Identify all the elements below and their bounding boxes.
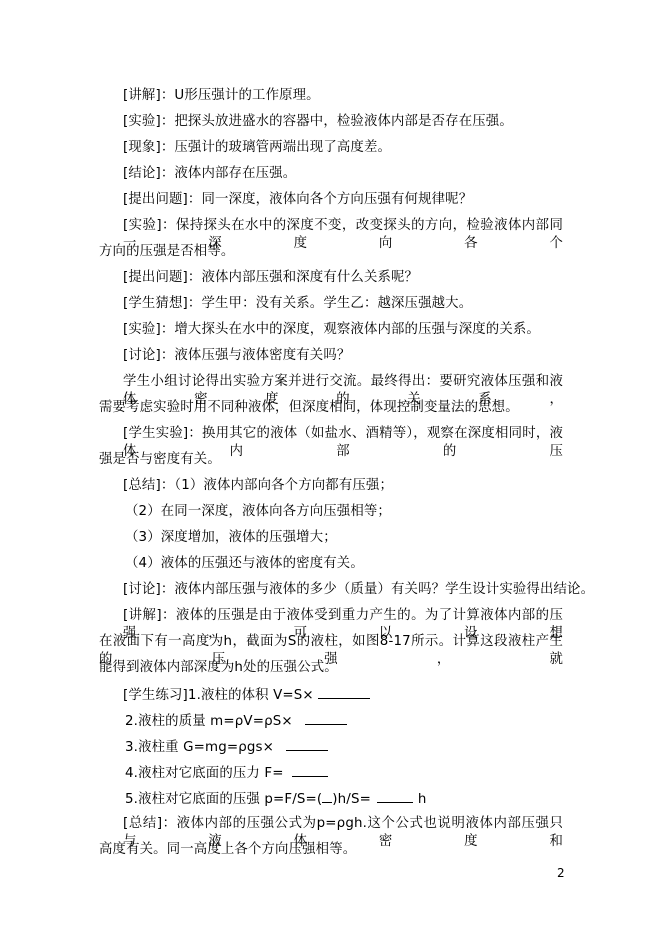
exercise-item-1: [学生练习]1.液柱的体积 V=S×: [123, 685, 563, 705]
answer-blank-4[interactable]: [292, 763, 328, 777]
document-page: [讲解]：U形压强计的工作原理。 [实验]：把探头放进盛水的容器中，检验液体内部…: [0, 0, 661, 935]
answer-blank-3[interactable]: [286, 737, 328, 751]
final-summary-line-cont: 高度有关。同一高度上各个方向压强相等。: [99, 841, 563, 859]
exercise-item-5-mid: )h/S=: [332, 792, 371, 807]
summary-item-4: （4）液体的压强还与液体的密度有关。: [125, 555, 589, 573]
phenomenon-line: [现象]：压强计的玻璃管两端出现了高度差。: [123, 139, 563, 157]
answer-blank-5a[interactable]: [322, 789, 332, 803]
exercise-item-2: 2.液柱的质量 m=ρV=ρS×: [125, 711, 589, 731]
exercise-item-3-text: 3.液柱重 G=mg=ρgs×: [125, 740, 274, 755]
summary-item-2: （2）在同一深度，液体向各方向压强相等；: [125, 503, 589, 521]
lecture-gravity-line-end: 能得到液体内部深度为h处的压强公式。: [99, 659, 563, 677]
discussion-density-line: [讨论]：液体压强与液体密度有关吗？: [123, 347, 563, 365]
exercise-item-5-suffix: h: [418, 792, 427, 807]
exercise-item-4: 4.液柱对它底面的压力 F=: [125, 763, 589, 783]
exercise-item-2-text: 2.液柱的质量 m=ρV=ρS×: [125, 714, 293, 729]
group-discussion-line-cont: 需要考虑实验时用不同种液体，但深度相同，体现控制变量法的思想。: [99, 399, 563, 417]
answer-blank-2[interactable]: [305, 711, 347, 725]
exercise-item-5: 5.液柱对它底面的压强 p=F/S=()h/S= h: [125, 789, 589, 809]
experiment-probe-line: [实验]：把探头放进盛水的容器中，检验液体内部是否存在压强。: [123, 113, 563, 131]
page-number: 2: [557, 866, 565, 880]
summary-item-1: [总结]：（1）液体内部向各个方向都有压强；: [123, 477, 563, 495]
discussion-mass-line: [讨论]：液体内部压强与液体的多少（质量）有关吗？学生设计实验得出结论。: [123, 581, 563, 599]
exercise-item-5-text: 5.液柱对它底面的压强 p=F/S=(: [125, 792, 322, 807]
lecture-u-tube-line: [讲解]：U形压强计的工作原理。: [123, 87, 563, 105]
experiment-depth-line: [实验]：增大探头在水中的深度，观察液体内部的压强与深度的关系。: [123, 321, 563, 339]
exercise-item-4-text: 4.液柱对它底面的压力 F=: [125, 766, 284, 781]
exercise-item-3: 3.液柱重 G=mg=ρgs×: [125, 737, 589, 757]
question-same-depth-line: [提出问题]：同一深度，液体向各个方向压强有何规律呢？: [123, 191, 563, 209]
answer-blank-1[interactable]: [318, 685, 370, 699]
experiment-direction-line-cont: 方向的压强是否相等。: [99, 243, 563, 261]
summary-item-3: （3）深度增加，液体的压强增大；: [125, 529, 589, 547]
exercise-item-1-text: [学生练习]1.液柱的体积 V=S×: [123, 688, 314, 703]
student-experiment-line-cont: 强是否与密度有关。: [99, 451, 563, 469]
answer-blank-5b[interactable]: [377, 789, 413, 803]
student-guess-line: [学生猜想]：学生甲：没有关系。学生乙：越深压强越大。: [123, 295, 563, 313]
conclusion-line: [结论]：液体内部存在压强。: [123, 165, 563, 183]
question-depth-line: [提出问题]：液体内部压强和深度有什么关系呢？: [123, 269, 563, 287]
